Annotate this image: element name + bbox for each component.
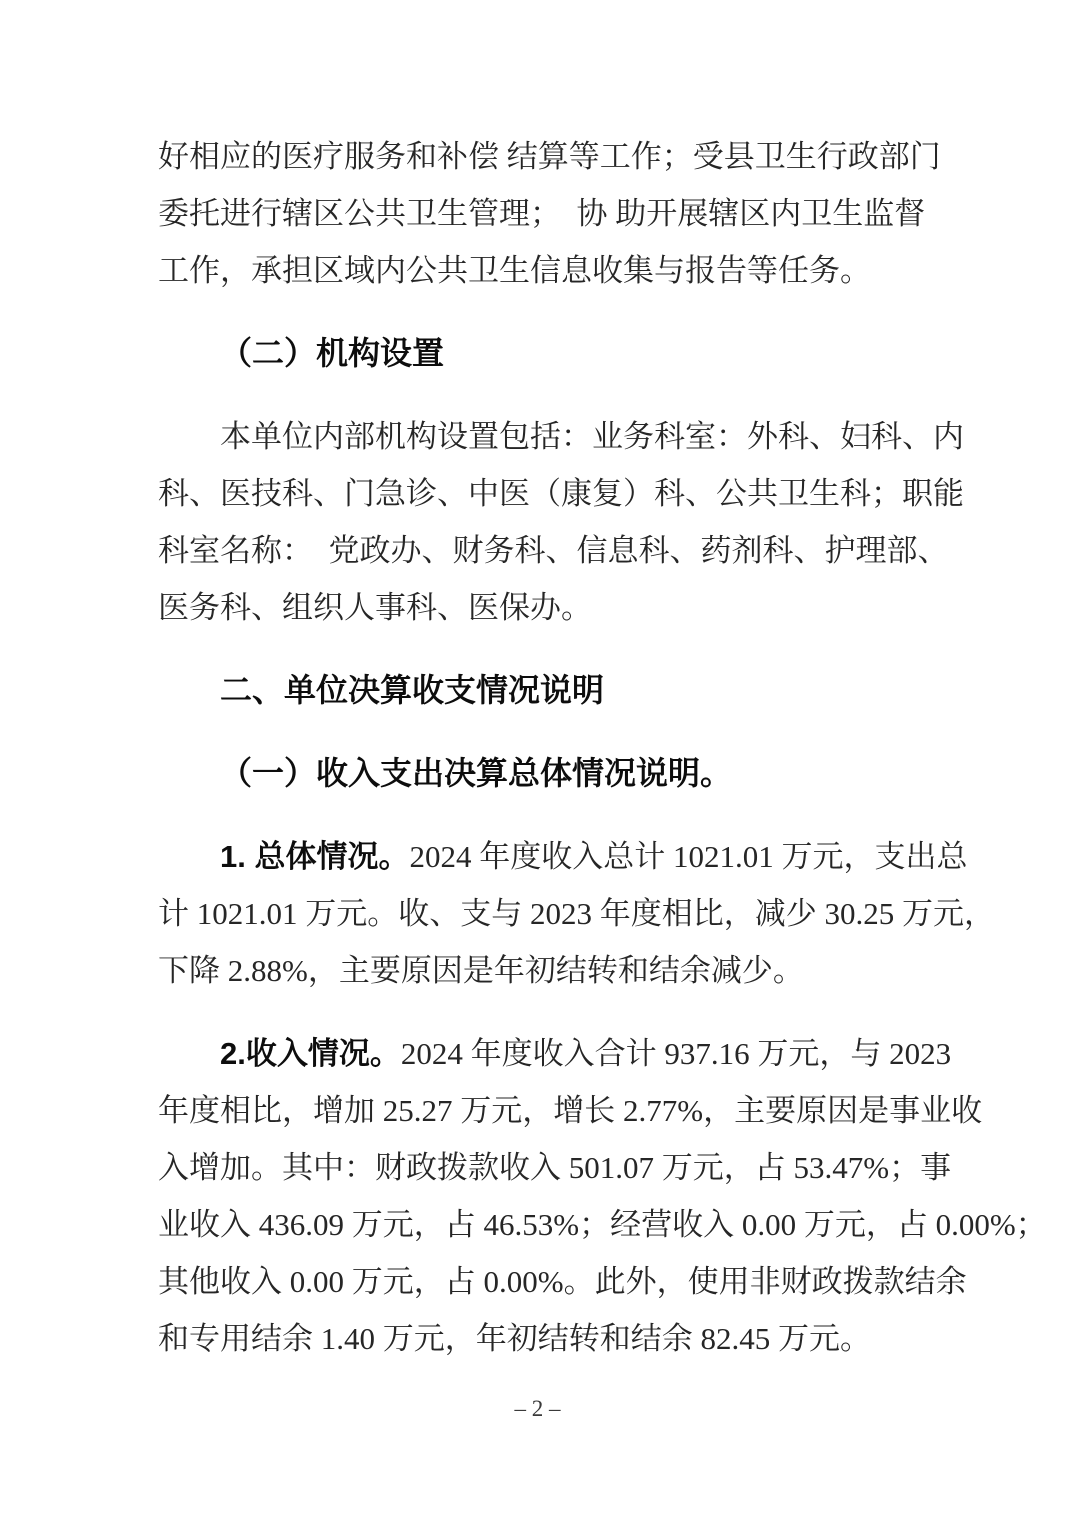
paragraph-overall-situation: 1. 总体情况。2024 年度收入总计 1021.01 万元，支出总 计 102… (158, 828, 917, 999)
text-line: 和专用结余 1.40 万元，年初结转和结余 82.45 万元。 (158, 1310, 917, 1367)
paragraph-internal-departments: 本单位内部机构设置包括：业务科室：外科、妇科、内 科、医技科、门急诊、中医（康复… (158, 408, 917, 636)
paragraph-public-health-duties: 好相应的医疗服务和补偿 结算等工作；受县卫生行政部门 委托进行辖区公共卫生管理；… (158, 128, 917, 299)
paragraph-income-situation: 2.收入情况。2024 年度收入合计 937.16 万元，与 2023 年度相比… (158, 1025, 917, 1367)
text-line: 入增加。其中：财政拨款收入 501.07 万元，占 53.47%；事 (158, 1139, 917, 1196)
text-line: 科、医技科、门急诊、中医（康复）科、公共卫生科；职能 (158, 465, 917, 522)
text-line: 委托进行辖区公共卫生管理； 协 助开展辖区内卫生监督 (158, 185, 917, 242)
text-line: 工作，承担区域内公共卫生信息收集与报告等任务。 (158, 242, 917, 299)
heading-budget-statement: 二、单位决算收支情况说明 (158, 662, 917, 719)
runin-heading-overall: 1. 总体情况。 (220, 839, 409, 874)
text-run: 2024 年度收入总计 1021.01 万元，支出总 (409, 839, 967, 874)
text-line: 2.收入情况。2024 年度收入合计 937.16 万元，与 2023 (158, 1025, 917, 1082)
text-line: 下降 2.88%，主要原因是年初结转和结余减少。 (158, 942, 917, 999)
document-page: 好相应的医疗服务和补偿 结算等工作；受县卫生行政部门 委托进行辖区公共卫生管理；… (0, 0, 1075, 1520)
text-line: 好相应的医疗服务和补偿 结算等工作；受县卫生行政部门 (158, 128, 917, 185)
text-line: 本单位内部机构设置包括：业务科室：外科、妇科、内 (158, 408, 917, 465)
text-line: 年度相比，增加 25.27 万元，增长 2.77%，主要原因是事业收 (158, 1082, 917, 1139)
text-line: 1. 总体情况。2024 年度收入总计 1021.01 万元，支出总 (158, 828, 917, 885)
text-line: 业收入 436.09 万元，占 46.53%；经营收入 0.00 万元，占 0.… (158, 1196, 917, 1253)
heading-income-expense-overview: （一）收入支出决算总体情况说明。 (158, 745, 917, 802)
page-number: – 2 – (0, 1392, 1075, 1426)
runin-heading-income: 2.收入情况。 (220, 1036, 401, 1071)
text-line: 计 1021.01 万元。收、支与 2023 年度相比，减少 30.25 万元， (158, 885, 917, 942)
text-line: 其他收入 0.00 万元，占 0.00%。此外，使用非财政拨款结余 (158, 1253, 917, 1310)
heading-org-setup: （二）机构设置 (158, 325, 917, 382)
text-line: 医务科、组织人事科、医保办。 (158, 579, 917, 636)
text-run: 2024 年度收入合计 937.16 万元，与 2023 (401, 1036, 951, 1071)
text-line: 科室名称： 党政办、财务科、信息科、药剂科、护理部、 (158, 522, 917, 579)
